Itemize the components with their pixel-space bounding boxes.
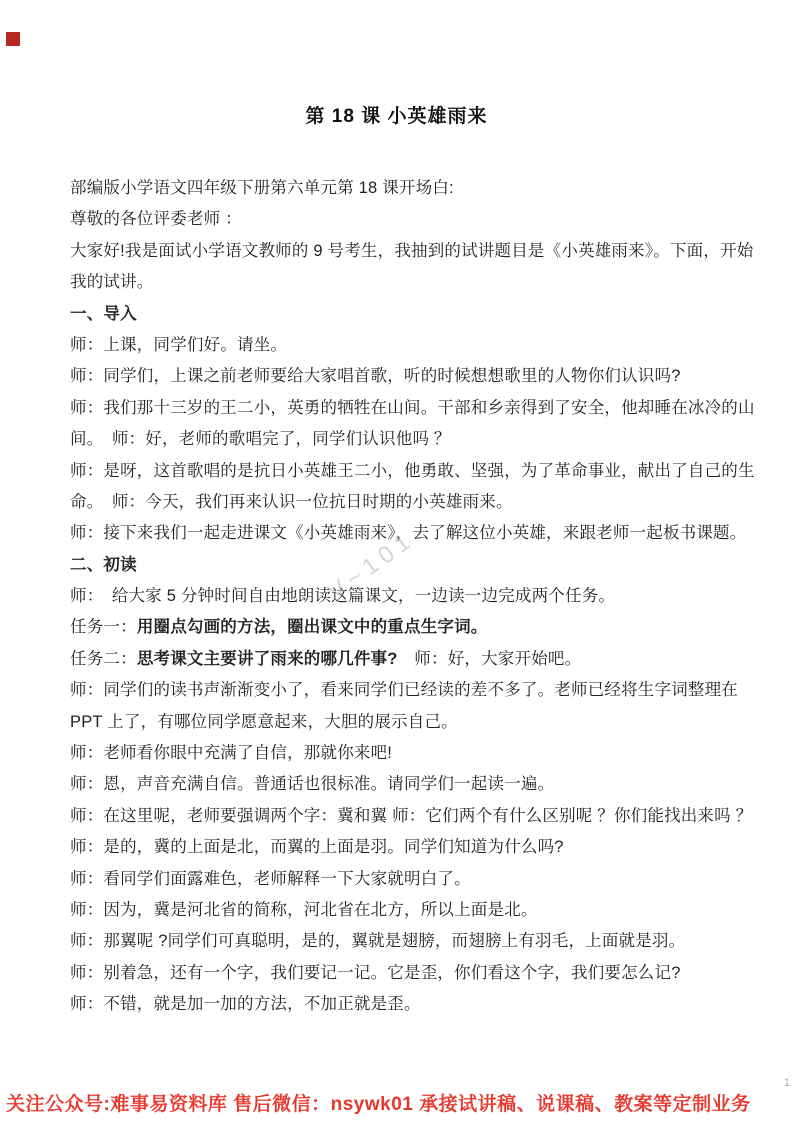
- text-line: 任务一：用圈点勾画的方法，圈出课文中的重点生字词。: [70, 612, 748, 643]
- text-line: 命。 师：今天，我们再来认识一位抗日时期的小英雄雨来。: [70, 487, 748, 518]
- page-title: 第 18 课 小英雄雨来: [0, 101, 793, 128]
- text-line: 师：是呀，这首歌唱的是抗日小英雄王二小，他勇敢、坚强，为了革命事业，献出了自己的…: [70, 456, 748, 487]
- document-body: 部编版小学语文四年级下册第六单元第 18 课开场白:尊敬的各位评委老师 ：大家好…: [70, 173, 748, 1021]
- text-line: 间。 师：好，老师的歌唱完了，同学们认识他吗 ？: [70, 424, 748, 455]
- text-line: 一、导入: [70, 299, 748, 330]
- text-line: 师：上课，同学们好。请坐。: [70, 330, 748, 361]
- text-line: 师：那翼呢 ?同学们可真聪明，是的，翼就是翅膀，而翅膀上有羽毛，上面就是羽。: [70, 926, 748, 957]
- text-line: 师：我们那十三岁的王二小，英勇的牺牲在山间。干部和乡亲得到了安全，他却睡在冰冷的…: [70, 393, 748, 424]
- text-line: 师：恩，声音充满自信。普通话也很标准。请同学们一起读一遍。: [70, 769, 748, 800]
- text-line: 师：不错，就是加一加的方法，不加正就是歪。: [70, 989, 748, 1020]
- text-line: 师：别着急，还有一个字，我们要记一记。它是歪，你们看这个字，我们要怎么记?: [70, 958, 748, 989]
- page-edge-artifact: 1: [784, 1077, 790, 1089]
- text-line: 师：同学们的读书声渐渐变小了，看来同学们已经读的差不多了。老师已经将生字词整理在: [70, 675, 748, 706]
- text-line: 师：因为，冀是河北省的简称，河北省在北方，所以上面是北。: [70, 895, 748, 926]
- text-line: 师：同学们，上课之前老师要给大家唱首歌，听的时候想想歌里的人物你们认识吗?: [70, 361, 748, 392]
- footer-banner: 关注公众号:难事易资料库 售后微信：nsywk01 承接试讲稿、说课稿、教案等定…: [6, 1089, 793, 1116]
- text-line: 任务二：思考课文主要讲了雨来的哪几件事? 师：好，大家开始吧。: [70, 644, 748, 675]
- text-line: 大家好!我是面试小学语文教师的 9 号考生，我抽到的试讲题目是《小英雄雨来》。下…: [70, 236, 748, 267]
- text-line: 师：老师看你眼中充满了自信，那就你来吧!: [70, 738, 748, 769]
- text-line: 我的试讲。: [70, 267, 748, 298]
- document-page: 第 18 课 小英雄雨来 部编版小学语文四年级下册第六单元第 18 课开场白:尊…: [0, 0, 793, 1122]
- text-line: 二、初读: [70, 550, 748, 581]
- text-line: 师：看同学们面露难色，老师解释一下大家就明白了。: [70, 864, 748, 895]
- text-line: 师：接下来我们一起走进课文《小英雄雨来》，去了解这位小英雄，来跟老师一起板书课题…: [70, 518, 748, 549]
- text-line: 师： 给大家 5 分钟时间自由地朗读这篇课文，一边读一边完成两个任务。: [70, 581, 748, 612]
- red-corner-mark: [6, 32, 20, 46]
- text-line: 师：在这里呢，老师要强调两个字：冀和翼 师：它们两个有什么区别呢 ？你们能找出来…: [70, 801, 748, 832]
- text-line: 师：是的，冀的上面是北，而翼的上面是羽。同学们知道为什么吗?: [70, 832, 748, 863]
- text-line: PPT 上了，有哪位同学愿意起来，大胆的展示自己。: [70, 707, 748, 738]
- text-line: 部编版小学语文四年级下册第六单元第 18 课开场白:: [70, 173, 748, 204]
- text-line: 尊敬的各位评委老师 ：: [70, 204, 748, 235]
